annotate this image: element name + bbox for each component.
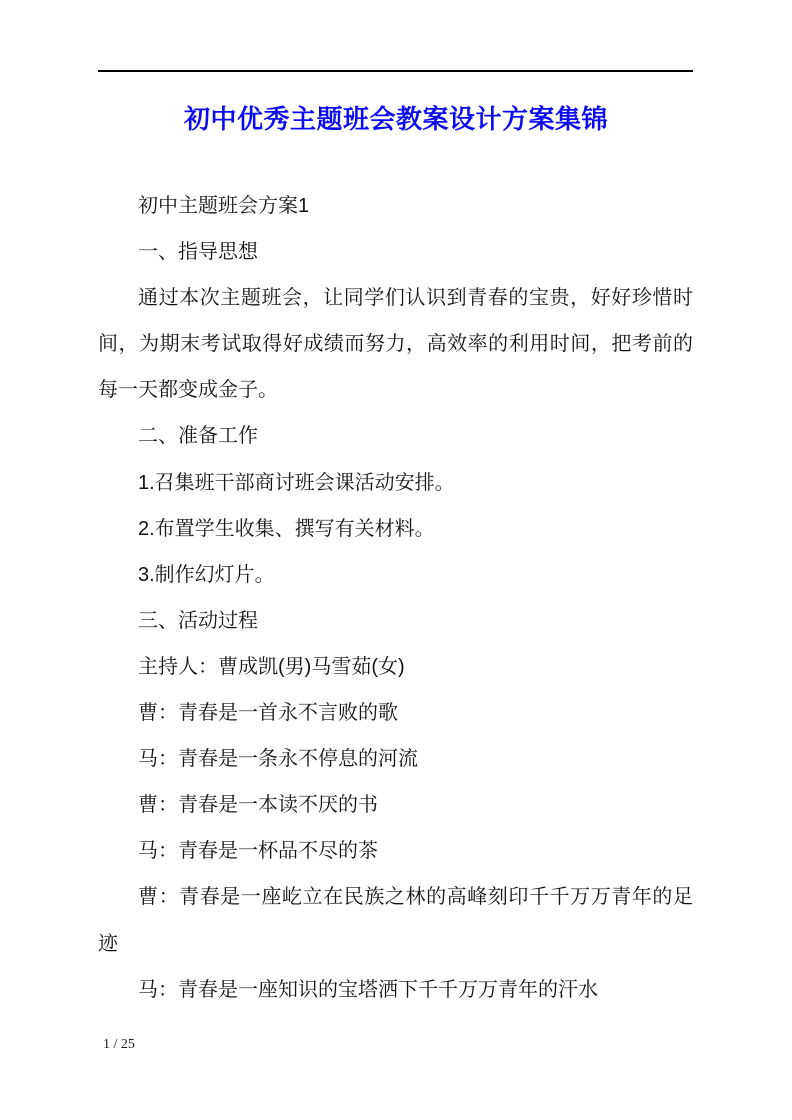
body-paragraph-4: 二、准备工作: [98, 413, 693, 459]
body-paragraph-8: 三、活动过程: [98, 598, 693, 644]
page-number: 1 / 25: [103, 1036, 135, 1054]
page-title: 初中优秀主题班会教案设计方案集锦: [0, 99, 792, 139]
body-paragraph-2: 一、指导思想: [98, 229, 693, 275]
header-rule: [98, 70, 693, 72]
document-body: 初中主题班会方案1一、指导思想通过本次主题班会，让同学们认识到青春的宝贵，好好珍…: [98, 183, 693, 1013]
body-paragraph-14: 曹：青春是一座屹立在民族之林的高峰刻印千千万万青年的足迹: [98, 874, 693, 966]
body-paragraph-7: 3.制作幻灯片。: [98, 552, 693, 598]
body-paragraph-13: 马：青春是一杯品不尽的茶: [98, 828, 693, 874]
document-page: 初中优秀主题班会教案设计方案集锦 初中主题班会方案1一、指导思想通过本次主题班会…: [0, 0, 792, 1120]
body-paragraph-9: 主持人：曹成凯(男)马雪茹(女): [98, 644, 693, 690]
body-paragraph-1: 初中主题班会方案1: [98, 183, 693, 229]
body-paragraph-10: 曹：青春是一首永不言败的歌: [98, 690, 693, 736]
body-paragraph-6: 2.布置学生收集、撰写有关材料。: [98, 506, 693, 552]
body-paragraph-3: 通过本次主题班会，让同学们认识到青春的宝贵，好好珍惜时间，为期末考试取得好成绩而…: [98, 275, 693, 413]
body-paragraph-5: 1.召集班干部商讨班会课活动安排。: [98, 460, 693, 506]
body-paragraph-11: 马：青春是一条永不停息的河流: [98, 736, 693, 782]
body-paragraph-12: 曹：青春是一本读不厌的书: [98, 782, 693, 828]
body-paragraph-15: 马：青春是一座知识的宝塔洒下千千万万青年的汗水: [98, 967, 693, 1013]
